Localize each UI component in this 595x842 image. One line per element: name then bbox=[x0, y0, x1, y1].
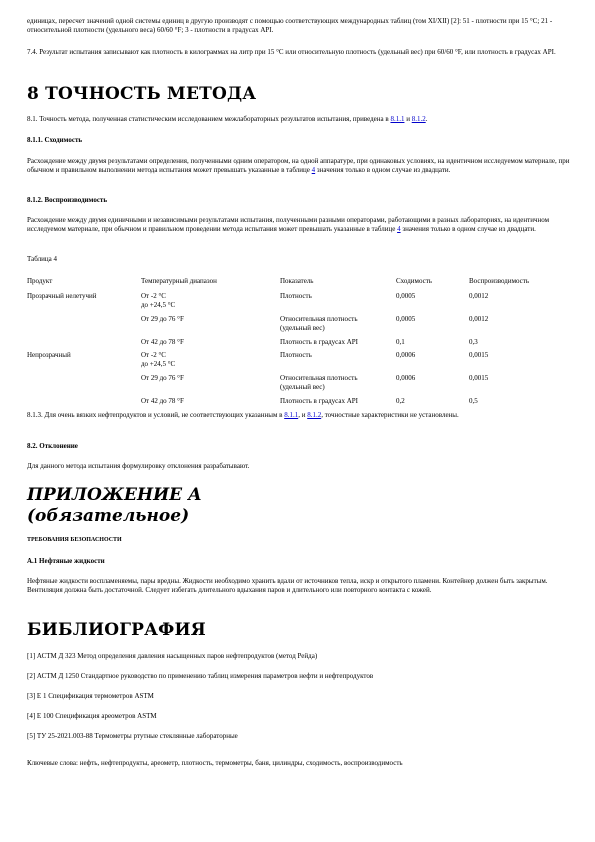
cell-indicator: Плотность bbox=[280, 292, 396, 315]
cell-range: От 29 до 76 °F bbox=[141, 374, 280, 397]
cell-indicator: Относительная плотность (удельный вес) bbox=[280, 374, 396, 397]
paragraph-8-1: 8.1. Точность метода, полученная статист… bbox=[27, 115, 575, 124]
header-repeatability: Сходимость bbox=[396, 277, 469, 292]
cell-reproducibility: 0,0015 bbox=[469, 351, 547, 374]
cell-repeatability: 0,0005 bbox=[396, 315, 469, 338]
bibliography-item: [4] Е 100 Спецификация ареометров ASTM bbox=[27, 712, 575, 721]
table-row: От 29 до 76 °F Относительная плотность (… bbox=[27, 315, 547, 338]
precision-table: Продукт Температурный диапазон Показател… bbox=[27, 277, 547, 410]
table-row: От 42 до 78 °F Плотность в градусах API … bbox=[27, 397, 547, 410]
heading-8-1-1: 8.1.1. Сходимость bbox=[27, 136, 575, 145]
paragraph-8-1-3: 8.1.3. Для очень вязких нефтепродуктов и… bbox=[27, 411, 575, 420]
paragraph-8-1-text: 8.1. Точность метода, полученная статист… bbox=[27, 115, 390, 123]
cell-reproducibility: 0,5 bbox=[469, 397, 547, 410]
header-temperature-range: Температурный диапазон bbox=[141, 277, 280, 292]
header-indicator: Показатель bbox=[280, 277, 396, 292]
cell-product bbox=[27, 338, 141, 351]
keywords: Ключевые слова: нефть, нефтепродукты, ар… bbox=[27, 759, 575, 768]
link-8-1-2[interactable]: 8.1.2 bbox=[412, 115, 426, 123]
table-row: Прозрачный нелетучий От -2 °С до +24,5 °… bbox=[27, 292, 547, 315]
heading-8-2: 8.2. Отклонение bbox=[27, 442, 575, 451]
paragraph-8-1-1-end: значения только в одном случае из двадца… bbox=[315, 166, 450, 174]
appendix-a-subtitle: (обязательное) bbox=[27, 506, 575, 527]
paragraph-8-1-3-end: , точностные характеристики не установле… bbox=[321, 411, 459, 419]
paragraph-8-1-2-end: значения только в одном случае из двадца… bbox=[401, 225, 536, 233]
link-8-1-2[interactable]: 8.1.2 bbox=[307, 411, 321, 419]
cell-reproducibility: 0,0012 bbox=[469, 315, 547, 338]
appendix-a-title: ПРИЛОЖЕНИЕ А bbox=[27, 485, 575, 506]
paragraph-8-1-3-text: 8.1.3. Для очень вязких нефтепродуктов и… bbox=[27, 411, 284, 419]
cell-reproducibility: 0,3 bbox=[469, 338, 547, 351]
cell-reproducibility: 0,0015 bbox=[469, 374, 547, 397]
cell-indicator: Плотность в градусах API bbox=[280, 397, 396, 410]
cell-range: От 29 до 76 °F bbox=[141, 315, 280, 338]
cell-repeatability: 0,0006 bbox=[396, 351, 469, 374]
cell-range: От 42 до 78 °F bbox=[141, 338, 280, 351]
paragraph-8-1-2: Расхождение между двумя единичными и нез… bbox=[27, 216, 575, 235]
cell-range: От -2 °С до +24,5 °С bbox=[141, 351, 280, 374]
table-header-row: Продукт Температурный диапазон Показател… bbox=[27, 277, 547, 292]
cell-indicator: Плотность в градусах API bbox=[280, 338, 396, 351]
bibliography-item: [1] АСТМ Д 323 Метод определения давлени… bbox=[27, 652, 575, 661]
conjunction: и bbox=[404, 115, 411, 123]
cell-range: От 42 до 78 °F bbox=[141, 397, 280, 410]
cell-reproducibility: 0,0012 bbox=[469, 292, 547, 315]
period: . bbox=[426, 115, 428, 123]
paragraph-a-1: Нефтяные жидкости воспламеняемы, пары вр… bbox=[27, 577, 575, 596]
table-caption: Таблица 4 bbox=[27, 255, 575, 264]
paragraph-7-4: 7.4. Результат испытания записывают как … bbox=[27, 48, 575, 57]
header-reproducibility: Воспроизводимость bbox=[469, 277, 547, 292]
link-8-1-1[interactable]: 8.1.1 bbox=[390, 115, 404, 123]
table-row: Непрозрачный От -2 °С до +24,5 °С Плотно… bbox=[27, 351, 547, 374]
cell-product bbox=[27, 374, 141, 397]
link-8-1-1[interactable]: 8.1.1 bbox=[284, 411, 298, 419]
heading-a-1: А.1 Нефтяные жидкости bbox=[27, 557, 575, 566]
cell-product bbox=[27, 315, 141, 338]
cell-indicator: Относительная плотность (удельный вес) bbox=[280, 315, 396, 338]
separator: , и bbox=[298, 411, 307, 419]
safety-requirements-heading: ТРЕБОВАНИЯ БЕЗОПАСНОСТИ bbox=[27, 536, 575, 545]
table-row: От 29 до 76 °F Относительная плотность (… bbox=[27, 374, 547, 397]
cell-product bbox=[27, 397, 141, 410]
cell-repeatability: 0,2 bbox=[396, 397, 469, 410]
paragraph-8-1-1-text: Расхождение между двумя результатами опр… bbox=[27, 157, 570, 174]
cell-product: Непрозрачный bbox=[27, 351, 141, 374]
cell-repeatability: 0,0006 bbox=[396, 374, 469, 397]
bibliography-item: [2] АСТМ Д 1250 Стандартное руководство … bbox=[27, 672, 575, 681]
paragraph-8-1-1: Расхождение между двумя результатами опр… bbox=[27, 157, 575, 176]
bibliography-item: [3] Е 1 Спецификация термометров ASTM bbox=[27, 692, 575, 701]
cell-indicator: Плотность bbox=[280, 351, 396, 374]
intro-paragraph: единицах, пересчет значений одной систем… bbox=[27, 17, 575, 36]
cell-repeatability: 0,1 bbox=[396, 338, 469, 351]
bibliography-title: БИБЛИОГРАФИЯ bbox=[27, 620, 575, 640]
section-8-title: 8 ТОЧНОСТЬ МЕТОДА bbox=[27, 84, 575, 104]
header-product: Продукт bbox=[27, 277, 141, 292]
cell-product: Прозрачный нелетучий bbox=[27, 292, 141, 315]
heading-8-1-2: 8.1.2. Воспроизводимость bbox=[27, 196, 575, 205]
cell-range: От -2 °С до +24,5 °С bbox=[141, 292, 280, 315]
table-row: От 42 до 78 °F Плотность в градусах API … bbox=[27, 338, 547, 351]
cell-repeatability: 0,0005 bbox=[396, 292, 469, 315]
paragraph-8-2: Для данного метода испытания формулировк… bbox=[27, 462, 575, 471]
bibliography-item: [5] ТУ 25-2021.003-88 Термометры ртутные… bbox=[27, 732, 575, 741]
